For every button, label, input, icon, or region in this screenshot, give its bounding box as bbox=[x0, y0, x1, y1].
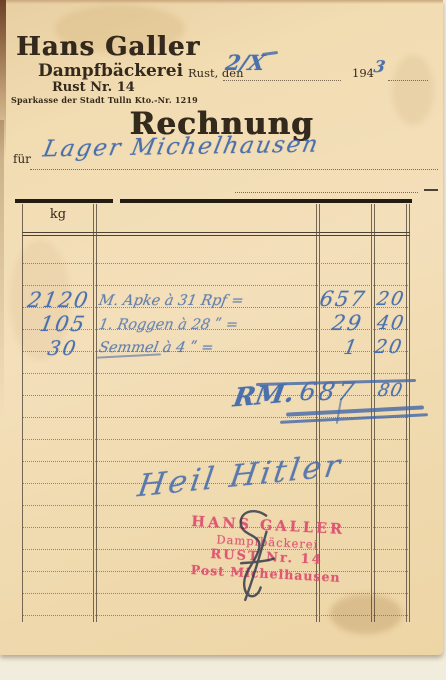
table-border-right-b bbox=[409, 204, 410, 622]
letterhead-name: Hans Galler bbox=[16, 32, 200, 62]
row3-pf: 20 bbox=[373, 336, 405, 358]
left-edge-shade bbox=[0, 120, 4, 420]
letterhead-bank-line: Sparkasse der Stadt Tulln Kto.-Nr. 1219 bbox=[11, 95, 198, 105]
row2-rm: 29 bbox=[330, 311, 365, 335]
handwritten-day: 2/X bbox=[224, 50, 267, 75]
column-header-kg: kg bbox=[22, 207, 94, 222]
paper-sheet: Hans Galler Dampfbäckerei Rust Nr. 14 Sp… bbox=[0, 0, 443, 655]
printed-year: 194 bbox=[352, 66, 374, 80]
scanned-invoice: Hans Galler Dampfbäckerei Rust Nr. 14 Sp… bbox=[0, 0, 446, 680]
row2-kg: 105 bbox=[38, 312, 88, 336]
table-row-line bbox=[23, 373, 408, 374]
signature-scrawl bbox=[213, 501, 303, 609]
row3-kg: 30 bbox=[46, 336, 80, 360]
recipient-label: für bbox=[13, 152, 31, 166]
date-dotted-line bbox=[223, 80, 341, 81]
total-label: RM. bbox=[231, 378, 296, 413]
recipient-handwritten: Lager Michelhausen bbox=[41, 132, 322, 163]
header-underline-1 bbox=[22, 232, 410, 233]
total-rm: 687 bbox=[297, 377, 359, 406]
table-row-line bbox=[23, 505, 408, 506]
table-border-left bbox=[22, 204, 23, 622]
row2-description: 1. Roggen à 28 ʺ = bbox=[98, 317, 240, 333]
stain-bottom bbox=[330, 594, 402, 634]
table-row-line bbox=[23, 285, 408, 286]
second-dotted-line bbox=[235, 192, 418, 193]
table-top-bar-left bbox=[15, 199, 113, 203]
letterhead-address: Rust Nr. 14 bbox=[52, 80, 135, 95]
margin-dash bbox=[424, 189, 438, 191]
header-underline-2 bbox=[22, 235, 410, 236]
recipient-dotted-line bbox=[30, 169, 438, 170]
top-edge-shade bbox=[0, 0, 443, 4]
closing-handwritten: Heil Hitler bbox=[135, 448, 345, 505]
row1-description: M. Apke à 31 Rpf = bbox=[98, 293, 245, 309]
letterhead-business: Dampfbäckerei bbox=[38, 61, 183, 81]
row1-pf: 20 bbox=[375, 288, 407, 310]
row1-kg: 2120 bbox=[26, 288, 92, 312]
table-row-line bbox=[23, 263, 408, 264]
col-sep-rm-b bbox=[374, 204, 375, 622]
total-pf: 80 bbox=[376, 380, 405, 401]
handwritten-year-digit: 3 bbox=[372, 57, 386, 76]
col-sep-kg-a bbox=[93, 204, 94, 622]
date-dotted-line-2 bbox=[388, 80, 428, 81]
row3-rm: 1 bbox=[342, 335, 359, 359]
table-top-bar-right bbox=[120, 199, 412, 203]
col-sep-rm-a bbox=[371, 204, 372, 622]
row1-rm: 657 bbox=[318, 287, 368, 311]
col-sep-kg-b bbox=[96, 204, 97, 622]
table-row-line bbox=[23, 439, 408, 440]
row2-pf: 40 bbox=[375, 312, 407, 334]
table-border-right-a bbox=[406, 204, 407, 622]
